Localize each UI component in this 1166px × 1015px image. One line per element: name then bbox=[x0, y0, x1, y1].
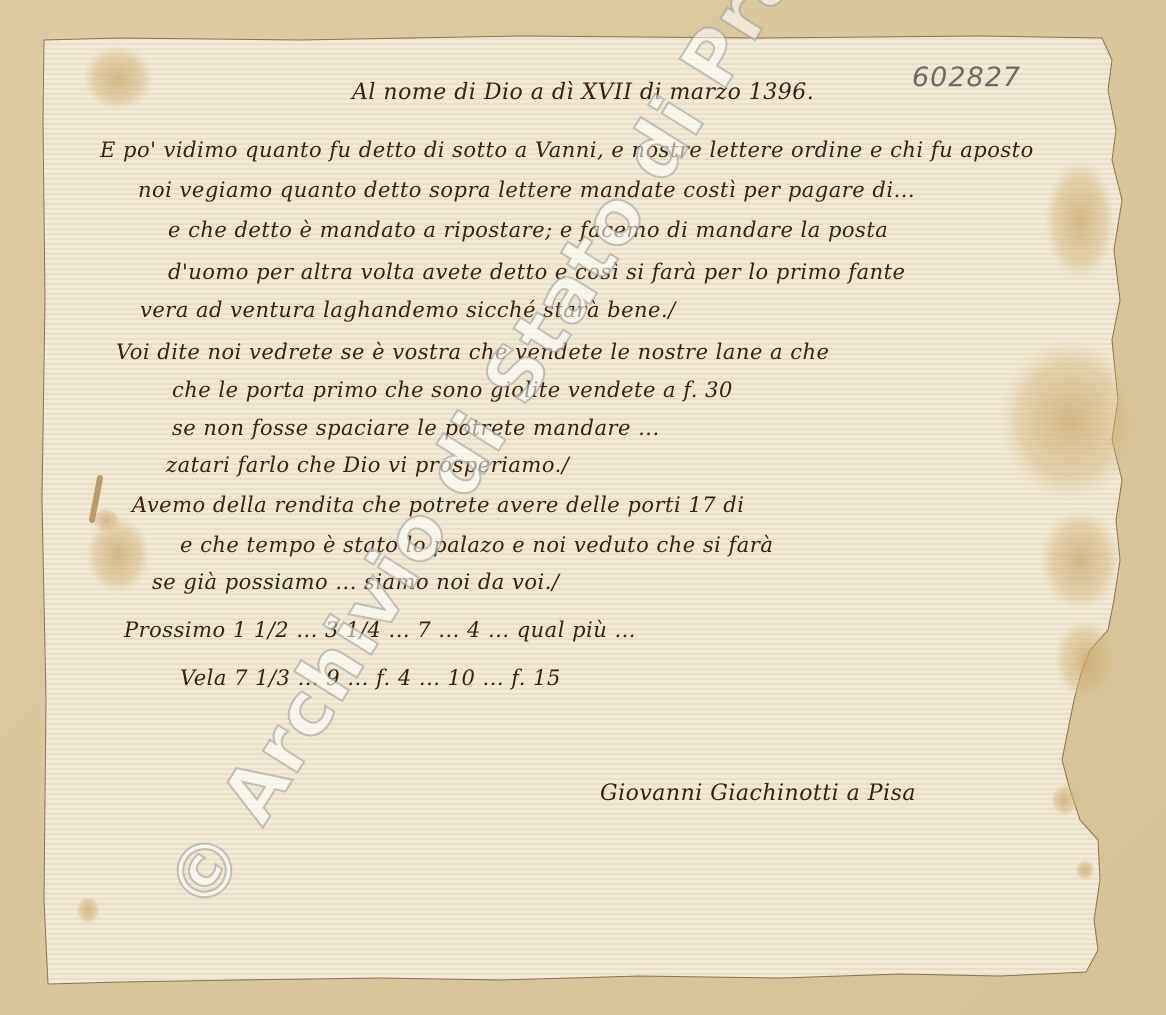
letter-line: se già possiamo ... siamo noi da voi./ bbox=[152, 572, 559, 593]
letter-heading: Al nome di Dio a dì XVII di marzo 1396. bbox=[352, 82, 814, 104]
letter-line: Avemo della rendita che potrete avere de… bbox=[132, 495, 744, 516]
archive-number: 602827 bbox=[912, 62, 1021, 93]
letter-line: Voi dite noi vedrete se è vostra che ven… bbox=[116, 342, 829, 363]
letter-sheet: 602827 Al nome di Dio a dì XVII di marzo… bbox=[0, 0, 1166, 1015]
letter-line: se non fosse spaciare le potrete mandare… bbox=[172, 418, 660, 439]
letter-line: e che tempo è stato lo palazo e noi vedu… bbox=[180, 535, 773, 556]
letter-line: e che detto è mandato a ripostare; e fac… bbox=[168, 220, 888, 241]
letter-line: E po' vidimo quanto fu detto di sotto a … bbox=[100, 140, 1034, 161]
letter-line: che le porta primo che sono giolite vend… bbox=[172, 380, 733, 401]
letter-line: Vela 7 1/3 ... 9 ... f. 4 ... 10 ... f. … bbox=[180, 668, 561, 689]
letter-line: zatari farlo che Dio vi prosperiamo./ bbox=[166, 455, 569, 476]
letter-line: vera ad ventura laghandemo sicché starà … bbox=[140, 300, 676, 321]
letter-line: d'uomo per altra volta avete detto e cos… bbox=[168, 262, 906, 283]
letter-line: noi vegiamo quanto detto sopra lettere m… bbox=[138, 180, 915, 201]
letter-line: Prossimo 1 1/2 ... 3 1/4 ... 7 ... 4 ...… bbox=[124, 620, 636, 641]
signature: Giovanni Giachinotti a Pisa bbox=[600, 783, 916, 805]
